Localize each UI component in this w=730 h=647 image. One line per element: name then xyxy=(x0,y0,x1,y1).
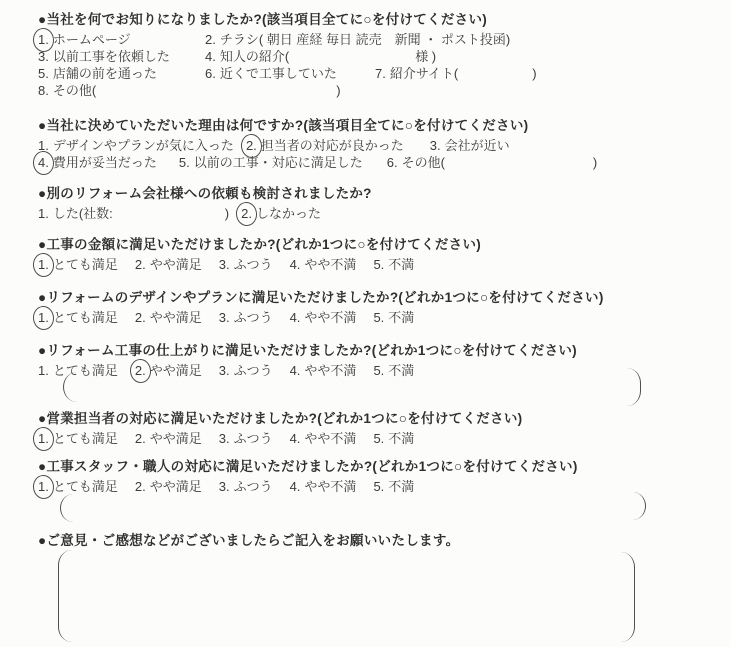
option-label: やや不満 xyxy=(304,257,356,272)
option-suffix: 様 ) xyxy=(415,49,436,64)
option-number: 8. xyxy=(38,82,49,99)
question-title: ●別のリフォーム会社様への依頼も検討されましたか? xyxy=(38,182,724,202)
option-label: 不満 xyxy=(388,257,414,272)
option-dissatisfied[interactable]: 5.不満 xyxy=(373,478,414,495)
option-number: 3. xyxy=(38,48,49,65)
option-past-satisfaction[interactable]: 5.以前の工事・対応に満足した xyxy=(179,154,363,171)
option-somewhat-dissatisfied[interactable]: 4.やや不満 xyxy=(290,256,357,273)
option-number: 1. xyxy=(38,205,49,222)
option-number: 1. xyxy=(38,256,49,273)
option-label: 以前工事を依頼した xyxy=(53,49,170,64)
option-row: 1.した(社数:)2.しなかった xyxy=(38,205,724,222)
option-number: 3. xyxy=(430,137,441,154)
option-label: やや満足 xyxy=(150,479,202,494)
option-label: 近くで工事していた xyxy=(220,66,337,81)
option-row: 1.ホームページ2.チラシ( 朝日 産経 毎日 読売 新聞 ・ ポスト投函) xyxy=(38,31,724,48)
option-somewhat-dissatisfied[interactable]: 4.やや不満 xyxy=(290,309,357,326)
option-row: 5.店舗の前を通った6.近くで工事していた7.紹介サイト() xyxy=(38,65,724,82)
option-number: 3. xyxy=(219,430,230,447)
option-suffix: ) xyxy=(225,206,229,221)
option-somewhat-satisfied[interactable]: 2.やや満足 xyxy=(135,430,202,447)
option-design-liked[interactable]: 1.デザインやプランが気に入った xyxy=(38,137,234,154)
option-dissatisfied[interactable]: 5.不満 xyxy=(373,362,414,379)
option-label: 不満 xyxy=(388,431,414,446)
option-number: 4. xyxy=(290,478,301,495)
option-label: ふつう xyxy=(234,310,273,325)
option-neutral[interactable]: 3.ふつう xyxy=(219,256,273,273)
option-reasonable-cost[interactable]: 4.費用が妥当だった xyxy=(38,154,157,171)
option-number: 5. xyxy=(179,154,190,171)
option-number: 1. xyxy=(38,478,49,495)
question-reason: ●当社に決めていただいた理由は何ですか?(該当項目全てに○を付けてください) 1… xyxy=(38,114,724,171)
option-referral[interactable]: 4.知人の紹介(様 ) xyxy=(205,48,436,65)
option-label: とても満足 xyxy=(53,257,118,272)
option-label: 不満 xyxy=(388,363,414,378)
option-row: 1.デザインやプランが気に入った2.担当者の対応が良かった3.会社が近い xyxy=(38,137,724,154)
option-label: やや不満 xyxy=(304,479,356,494)
option-label: とても満足 xyxy=(53,310,118,325)
option-number: 4. xyxy=(290,309,301,326)
option-row: 4.費用が妥当だった5.以前の工事・対応に満足した6.その他() xyxy=(38,154,724,171)
option-label: ふつう xyxy=(234,363,273,378)
option-label: 会社が近い xyxy=(445,138,510,153)
option-very-satisfied[interactable]: 1.とても満足 xyxy=(38,256,118,273)
open-paren-icon xyxy=(60,494,75,522)
option-number: 3. xyxy=(219,478,230,495)
close-paren-icon xyxy=(631,492,646,520)
option-number: 4. xyxy=(205,48,216,65)
option-label: とても満足 xyxy=(53,479,118,494)
option-number: 6. xyxy=(205,65,216,82)
option-somewhat-dissatisfied[interactable]: 4.やや不満 xyxy=(290,478,357,495)
option-number: 2. xyxy=(135,430,146,447)
option-other[interactable]: 8.その他() xyxy=(38,82,341,99)
question-free-comments: ●ご意見・ご感想などがございましたらご記入をお願いいたします。 xyxy=(38,529,724,552)
option-neutral[interactable]: 3.ふつう xyxy=(219,309,273,326)
option-row: 1.とても満足2.やや満足3.ふつう4.やや不満5.不満 xyxy=(38,309,724,326)
option-number: 1. xyxy=(38,137,49,154)
option-number: 1. xyxy=(38,362,49,379)
option-nearby-work[interactable]: 6.近くで工事していた xyxy=(205,65,375,82)
option-label: やや不満 xyxy=(304,363,356,378)
option-number: 2. xyxy=(205,31,216,48)
option-somewhat-satisfied[interactable]: 2.やや満足 xyxy=(135,362,202,379)
option-number: 4. xyxy=(290,256,301,273)
question-title: ●工事の金額に満足いただけましたか?(どれか1つに○を付けてください) xyxy=(38,233,724,253)
option-label: 店舗の前を通った xyxy=(53,66,157,81)
option-number: 2. xyxy=(135,362,146,379)
option-number: 4. xyxy=(290,430,301,447)
option-label: とても満足 xyxy=(53,363,118,378)
question-title: ●リフォーム工事の仕上がりに満足いただけましたか?(どれか1つに○を付けてくださ… xyxy=(38,339,724,359)
option-number: 6. xyxy=(387,154,398,171)
option-previous-work[interactable]: 3.以前工事を依頼した xyxy=(38,48,205,65)
question-title: ●リフォームのデザインやプランに満足いただけましたか?(どれか1つに○を付けてく… xyxy=(38,286,724,306)
option-number: 5. xyxy=(373,478,384,495)
open-paren-icon xyxy=(63,372,78,402)
option-label: した(社数: xyxy=(53,206,113,221)
option-neutral[interactable]: 3.ふつう xyxy=(219,478,273,495)
question-sales-satisfaction: ●営業担当者の対応に満足いただけましたか?(どれか1つに○を付けてください) 1… xyxy=(38,407,724,447)
option-label: ふつう xyxy=(234,257,273,272)
option-label: やや不満 xyxy=(304,431,356,446)
option-row: 1.とても満足2.やや満足3.ふつう4.やや不満5.不満 xyxy=(38,478,724,495)
option-row: 8.その他() xyxy=(38,82,724,99)
option-flyer[interactable]: 2.チラシ( 朝日 産経 毎日 読売 新聞 ・ ポスト投函) xyxy=(205,31,510,48)
option-somewhat-satisfied[interactable]: 2.やや満足 xyxy=(135,309,202,326)
option-neutral[interactable]: 3.ふつう xyxy=(219,362,273,379)
option-number: 5. xyxy=(38,65,49,82)
option-number: 1. xyxy=(38,430,49,447)
option-did-not-consider[interactable]: 2.しなかった xyxy=(241,205,321,222)
option-number: 3. xyxy=(219,256,230,273)
option-number: 2. xyxy=(135,478,146,495)
option-somewhat-dissatisfied[interactable]: 4.やや不満 xyxy=(290,430,357,447)
option-number: 1. xyxy=(38,309,49,326)
option-other[interactable]: 6.その他() xyxy=(387,154,598,171)
question-how-heard: ●当社を何でお知りになりましたか?(該当項目全てに○を付けてください) 1.ホー… xyxy=(38,8,724,99)
option-referral-site[interactable]: 7.紹介サイト() xyxy=(375,65,537,82)
option-number: 5. xyxy=(373,256,384,273)
option-very-satisfied[interactable]: 1.とても満足 xyxy=(38,478,118,495)
option-label: やや満足 xyxy=(150,431,202,446)
option-number: 5. xyxy=(373,309,384,326)
open-paren-icon xyxy=(58,550,73,642)
option-number: 2. xyxy=(246,137,257,154)
option-label: 担当者の対応が良かった xyxy=(261,138,404,153)
option-row: 3.以前工事を依頼した4.知人の紹介(様 ) xyxy=(38,48,724,65)
option-row: 1.とても満足2.やや満足3.ふつう4.やや不満5.不満 xyxy=(38,362,724,379)
option-dissatisfied[interactable]: 5.不満 xyxy=(373,309,414,326)
option-label: チラシ( 朝日 産経 毎日 読売 新聞 ・ ポスト投函) xyxy=(220,32,510,47)
option-label: ふつう xyxy=(234,431,273,446)
option-somewhat-dissatisfied[interactable]: 4.やや不満 xyxy=(290,362,357,379)
option-label: ふつう xyxy=(234,479,273,494)
option-label: やや満足 xyxy=(150,257,202,272)
question-price-satisfaction: ●工事の金額に満足いただけましたか?(どれか1つに○を付けてください) 1.とて… xyxy=(38,233,724,273)
option-dissatisfied[interactable]: 5.不満 xyxy=(373,256,414,273)
option-label: とても満足 xyxy=(53,431,118,446)
option-row: 1.とても満足2.やや満足3.ふつう4.やや不満5.不満 xyxy=(38,256,724,273)
question-finish-satisfaction: ●リフォーム工事の仕上がりに満足いただけましたか?(どれか1つに○を付けてくださ… xyxy=(38,339,724,379)
option-label: 不満 xyxy=(388,479,414,494)
question-title: ●工事スタッフ・職人の対応に満足いただけましたか?(どれか1つに○を付けてくださ… xyxy=(38,455,724,475)
option-label: その他( xyxy=(53,83,96,98)
option-company-near[interactable]: 3.会社が近い xyxy=(430,137,510,154)
option-number: 2. xyxy=(135,309,146,326)
option-label: やや満足 xyxy=(150,363,202,378)
option-dissatisfied[interactable]: 5.不満 xyxy=(373,430,414,447)
question-plan-satisfaction: ●リフォームのデザインやプランに満足いただけましたか?(どれか1つに○を付けてく… xyxy=(38,286,724,326)
option-number: 5. xyxy=(373,430,384,447)
question-title: ●営業担当者の対応に満足いただけましたか?(どれか1つに○を付けてください) xyxy=(38,407,724,427)
option-label: 費用が妥当だった xyxy=(53,155,157,170)
survey-sheet: ●当社を何でお知りになりましたか?(該当項目全てに○を付けてください) 1.ホー… xyxy=(0,0,730,647)
option-number: 1. xyxy=(38,31,49,48)
option-very-satisfied[interactable]: 1.とても満足 xyxy=(38,309,118,326)
question-title: ●当社に決めていただいた理由は何ですか?(該当項目全てに○を付けてください) xyxy=(38,114,724,134)
option-very-satisfied[interactable]: 1.とても満足 xyxy=(38,430,118,447)
option-number: 3. xyxy=(219,362,230,379)
option-number: 2. xyxy=(241,205,252,222)
option-label: やや不満 xyxy=(304,310,356,325)
option-somewhat-satisfied[interactable]: 2.やや満足 xyxy=(135,256,202,273)
option-number: 3. xyxy=(219,309,230,326)
option-suffix: ) xyxy=(593,155,597,170)
option-label: 以前の工事・対応に満足した xyxy=(194,155,363,170)
option-number: 5. xyxy=(373,362,384,379)
option-label: 紹介サイト( xyxy=(390,66,458,81)
question-title: ●ご意見・ご感想などがございましたらご記入をお願いいたします。 xyxy=(38,529,724,549)
option-label: ホームページ xyxy=(53,32,131,47)
close-paren-icon xyxy=(620,552,635,642)
option-row: 1.とても満足2.やや満足3.ふつう4.やや不満5.不満 xyxy=(38,430,724,447)
option-label: やや満足 xyxy=(150,310,202,325)
option-number: 4. xyxy=(38,154,49,171)
option-somewhat-satisfied[interactable]: 2.やや満足 xyxy=(135,478,202,495)
option-homepage[interactable]: 1.ホームページ xyxy=(38,31,205,48)
option-suffix: ) xyxy=(532,66,536,81)
option-number: 4. xyxy=(290,362,301,379)
option-suffix: ) xyxy=(336,83,340,98)
option-number: 2. xyxy=(135,256,146,273)
option-neutral[interactable]: 3.ふつう xyxy=(219,430,273,447)
option-staff-response[interactable]: 2.担当者の対応が良かった xyxy=(246,137,404,154)
question-staff-satisfaction: ●工事スタッフ・職人の対応に満足いただけましたか?(どれか1つに○を付けてくださ… xyxy=(38,455,724,495)
option-label: 不満 xyxy=(388,310,414,325)
option-label: 知人の紹介( xyxy=(220,49,289,64)
option-label: しなかった xyxy=(256,206,321,221)
option-label: その他( xyxy=(402,155,445,170)
option-did-consider[interactable]: 1.した(社数:) xyxy=(38,205,229,222)
option-number: 7. xyxy=(375,65,386,82)
question-compare: ●別のリフォーム会社様への依頼も検討されましたか? 1.した(社数:)2.しなか… xyxy=(38,182,724,222)
option-label: デザインやプランが気に入った xyxy=(53,138,234,153)
question-title: ●当社を何でお知りになりましたか?(該当項目全てに○を付けてください) xyxy=(38,8,724,28)
option-storefront[interactable]: 5.店舗の前を通った xyxy=(38,65,205,82)
